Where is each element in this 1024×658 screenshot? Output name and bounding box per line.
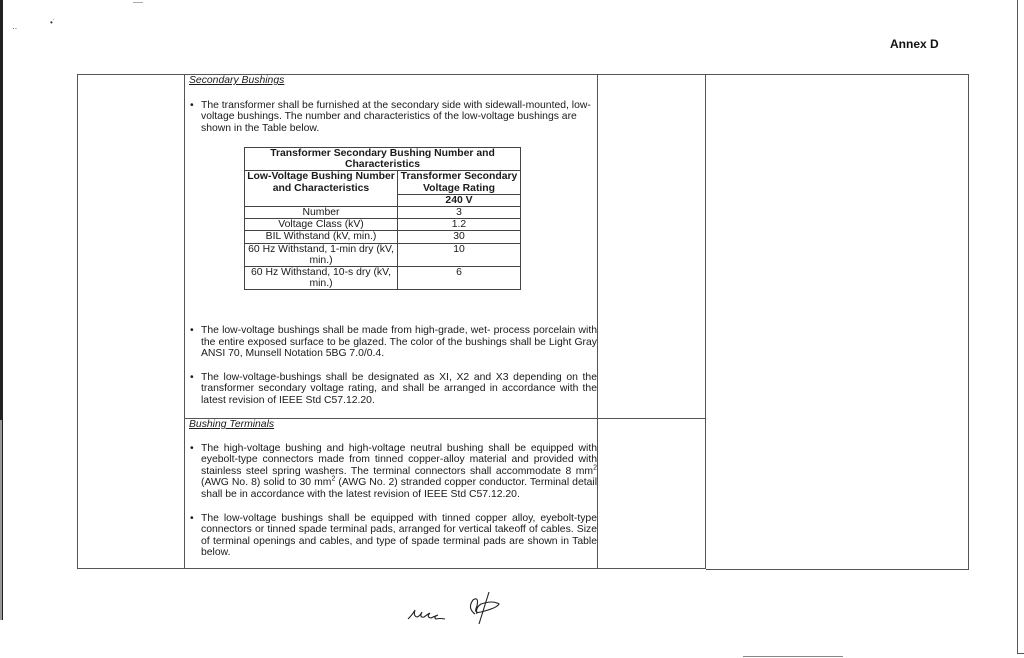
table-col1-header: Low-Voltage Bushing Number and Character… [245,171,398,207]
row-value: 6 [398,267,521,290]
scan-speck: •˙ [50,18,55,27]
handwritten-initials-icon [405,590,515,630]
scan-edge-right [1017,0,1018,654]
section-heading: Bushing Terminals [189,419,597,431]
section-secondary-bushings-cont: The low-voltage bushings shall be made f… [189,325,597,407]
section-secondary-bushings: Secondary Bushings The transformer shall… [189,75,597,134]
bullet-paragraph: The transformer shall be furnished at th… [189,100,597,135]
bullet-paragraph: The low-voltage-bushings shall be design… [189,372,597,407]
table-row: 60 Hz Withstand, 1-min dry (kV, min.)10 [245,243,521,266]
scan-edge-right-bottom [1017,653,1024,654]
table-row: 60 Hz Withstand, 10-s dry (kV, min.)6 [245,267,521,290]
scan-mark-top [133,2,143,3]
table-title: Transformer Secondary Bushing Number and… [245,148,521,171]
row-value: 1.2 [398,219,521,231]
row-value: 30 [398,231,521,243]
scan-speck: ·· [12,24,17,33]
text-run: The high-voltage bushing and high-voltag… [201,443,597,477]
row-value: 10 [398,243,521,266]
row-label: 60 Hz Withstand, 10-s dry (kV, min.) [245,267,398,290]
section-bushing-terminals: Bushing Terminals The high-voltage bushi… [189,419,597,559]
section-heading: Secondary Bushings [189,75,597,87]
row-value: 3 [398,207,521,219]
text-run: (AWG No. 8) solid to 30 mm [201,477,331,488]
bullet-paragraph: The low-voltage bushings shall be made f… [189,325,597,360]
column-divider [184,74,185,569]
table-col2-header: Transformer Secondary Voltage Rating [398,171,521,194]
scan-edge-left-lower [0,420,2,620]
table-row: Voltage Class (kV)1.2 [245,219,521,231]
row-label: 60 Hz Withstand, 1-min dry (kV, min.) [245,243,398,266]
bushing-spec-table: Transformer Secondary Bushing Number and… [244,147,521,290]
column-divider [597,74,598,569]
scan-mark-bottom [743,656,843,657]
row-label: BIL Withstand (kV, min.) [245,231,398,243]
row-label: Voltage Class (kV) [245,219,398,231]
annex-label: Annex D [890,37,939,51]
superscript: 2 [593,464,597,471]
bullet-paragraph: The high-voltage bushing and high-voltag… [189,443,597,501]
table-col2-subheader: 240 V [398,194,521,206]
row-label: Number [245,207,398,219]
table-row: BIL Withstand (kV, min.)30 [245,231,521,243]
table-row: Number3 [245,207,521,219]
remarks-column-frame [706,74,969,570]
bullet-paragraph: The low-voltage bushings shall be equipp… [189,513,597,559]
